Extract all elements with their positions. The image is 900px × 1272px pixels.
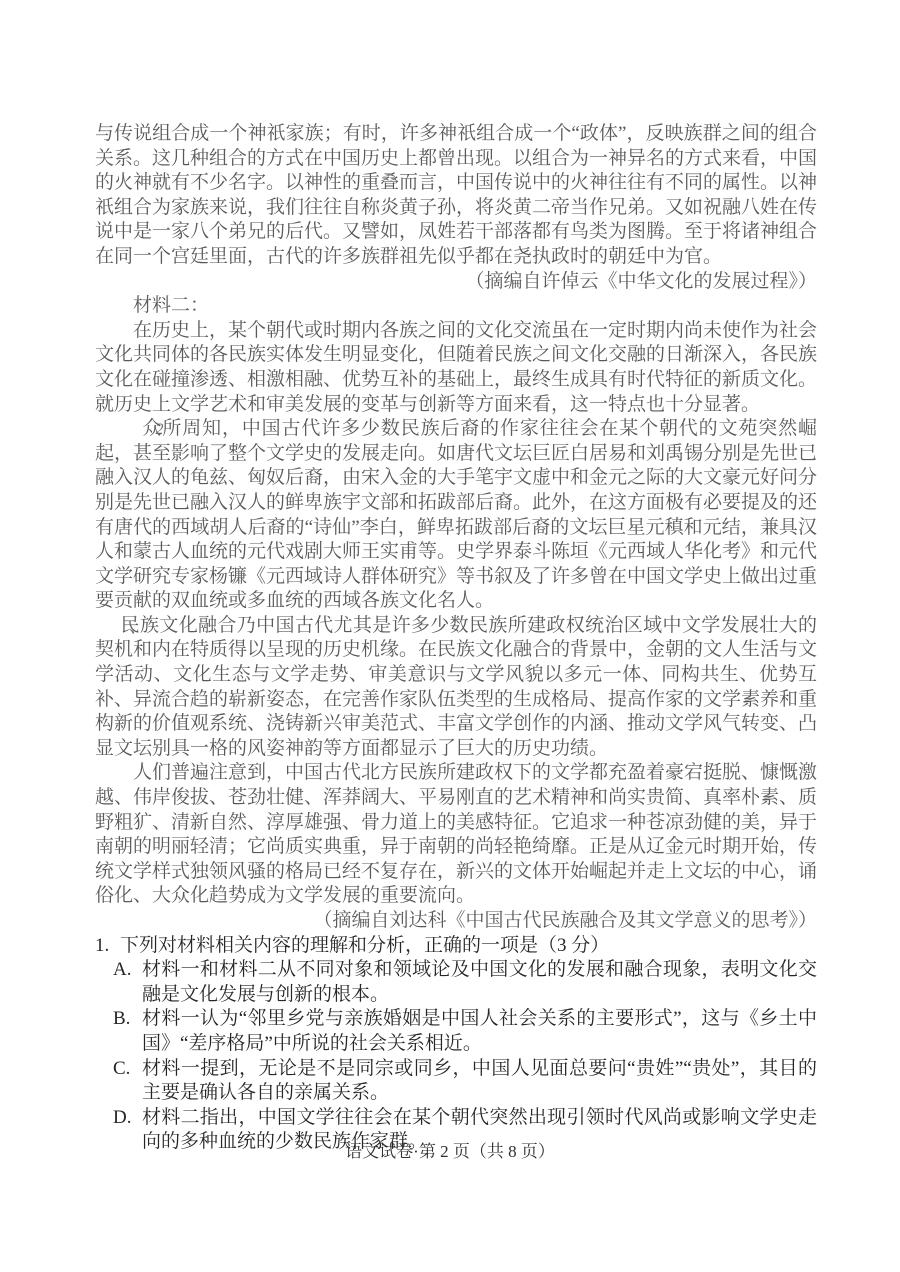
option-b-label: B. xyxy=(113,1007,130,1032)
document-body: 与传说组合成一个神祇家族；有时，许多神祇组合成一个“政体”，反映族群之间的组合关… xyxy=(95,122,817,1155)
exam-page: 与传说组合成一个神祇家族；有时，许多神祇组合成一个“政体”，反映族群之间的组合关… xyxy=(0,0,900,1272)
option-d-label: D. xyxy=(113,1106,131,1131)
question-1-option-b: B.材料一认为“邻里乡党与亲族婚姻是中国人社会关系的主要形式”，这与《乡土中国》… xyxy=(95,1007,817,1056)
option-a-label: A. xyxy=(113,958,131,983)
stray-scan-mark: 2 xyxy=(108,418,164,443)
option-a-text: 材料一和材料二从不同对象和领域论及中国文化的发展和融合现象，表明文化交融是文化发… xyxy=(142,959,817,1005)
material2-paragraph-1: 在历史上，某个朝代或时期内各族之间的文化交流虽在一定时期内尚未使作为社会文化共同… xyxy=(95,319,817,417)
material2-attribution: （摘编自刘达科《中国古代民族融合及其文学意义的思考》） xyxy=(95,909,817,934)
question-1: 1.下列对材料相关内容的理解和分析，正确的一项是（3 分） A.材料一和材料二从… xyxy=(95,934,817,1155)
material2-heading: 材料二： xyxy=(95,294,817,319)
option-c-label: C. xyxy=(113,1057,130,1082)
material2-paragraph-3-text: 民族文化融合乃中国古代尤其是许多少数民族所建政权统治区域中文学发展壮大的契机和内… xyxy=(95,615,817,759)
option-b-text: 材料一认为“邻里乡党与亲族婚姻是中国人社会关系的主要形式”，这与《乡土中国》“差… xyxy=(142,1008,817,1054)
material2-paragraph-2-text: 众所周知，中国古代许多少数民族后裔的作家往往会在某个朝代的文苑突然崛起，甚至影响… xyxy=(95,418,817,611)
question-1-stem-text: 下列对材料相关内容的理解和分析，正确的一项是（3 分） xyxy=(120,935,609,956)
question-1-option-a: A.材料一和材料二从不同对象和领域论及中国文化的发展和融合现象，表明文化交融是文… xyxy=(95,958,817,1007)
question-1-option-c: C.材料一提到，无论是不是同宗或同乡，中国人见面总要问“贵姓”“贵处”，其目的主… xyxy=(95,1057,817,1106)
page-footer: 语文试卷·第 2 页（共 8 页） xyxy=(0,1140,900,1164)
material2-paragraph-3: 、民族文化融合乃中国古代尤其是许多少数民族所建政权统治区域中文学发展壮大的契机和… xyxy=(95,614,817,762)
question-1-number: 1. xyxy=(95,934,109,959)
material1-attribution: （摘编自许倬云《中华文化的发展过程》） xyxy=(95,270,817,295)
stray-enumeration-mark: 、 xyxy=(103,615,148,640)
option-c-text: 材料一提到，无论是不是同宗或同乡，中国人见面总要问“贵姓”“贵处”，其目的主要是… xyxy=(142,1058,817,1104)
material2-paragraph-2: 2众所周知，中国古代许多少数民族后裔的作家往往会在某个朝代的文苑突然崛起，甚至影… xyxy=(95,417,817,614)
material2-paragraph-4: 人们普遍注意到，中国古代北方民族所建政权下的文学都充盈着豪宕挺脱、慷慨激越、伟岸… xyxy=(95,761,817,909)
material1-continuation-paragraph: 与传说组合成一个神祇家族；有时，许多神祇组合成一个“政体”，反映族群之间的组合关… xyxy=(95,122,817,270)
question-1-stem: 1.下列对材料相关内容的理解和分析，正确的一项是（3 分） xyxy=(95,934,817,959)
